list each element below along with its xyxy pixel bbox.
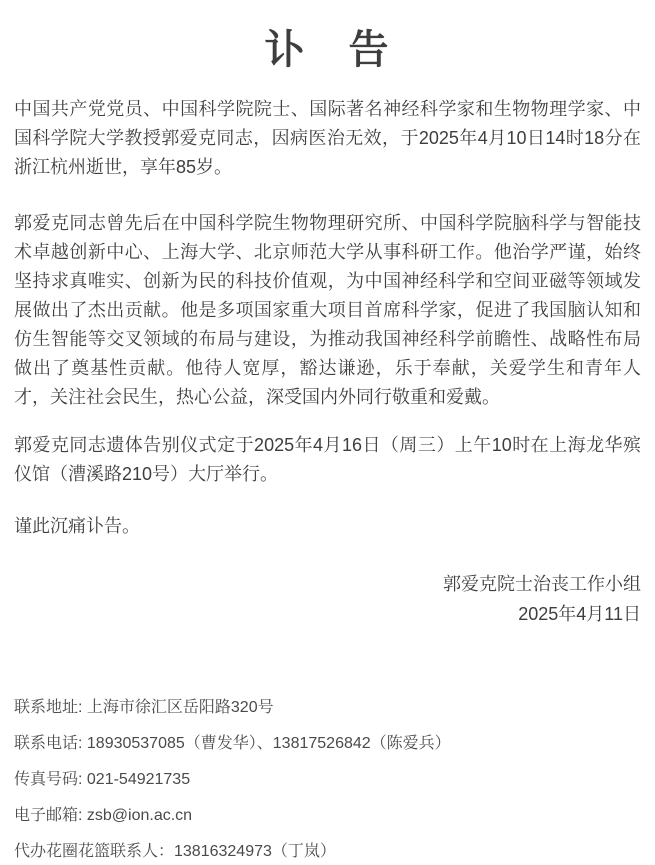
paragraph-closing: 谨此沉痛讣告。 — [14, 512, 641, 541]
signature-group: 郭爱克院士治丧工作小组 — [14, 569, 641, 599]
paragraph-deceased-info: 中国共产党党员、中国科学院院士、国际著名神经科学家和生物物理学家、中国科学院大学… — [14, 95, 641, 182]
contact-block: 联系地址: 上海市徐汇区岳阳路320号 联系电话: 18930537085（曹发… — [14, 698, 641, 862]
paragraph-memorial-service: 郭爱克同志遗体告别仪式定于2025年4月16日（周三）上午10时在上海龙华殡仪馆… — [14, 431, 641, 489]
signature-block: 郭爱克院士治丧工作小组 2025年4月11日 — [14, 569, 641, 629]
contact-address: 联系地址: 上海市徐汇区岳阳路320号 — [14, 698, 641, 718]
contact-phone: 联系电话: 18930537085（曹发华）、13817526842（陈爱兵） — [14, 734, 641, 754]
obituary-page: 讣 告 中国共产党党员、中国科学院院士、国际著名神经科学家和生物物理学家、中国科… — [0, 0, 655, 865]
signature-date: 2025年4月11日 — [14, 599, 641, 629]
contact-wreath-person: 代办花圈花篮联系人：13816324973（丁岚） — [14, 842, 641, 862]
contact-fax: 传真号码: 021-54921735 — [14, 770, 641, 790]
page-title: 讣 告 — [14, 26, 641, 74]
contact-email: 电子邮箱: zsb@ion.ac.cn — [14, 806, 641, 826]
paragraph-biography: 郭爱克同志曾先后在中国科学院生物物理研究所、中国科学院脑科学与智能技术卓越创新中… — [14, 209, 641, 412]
